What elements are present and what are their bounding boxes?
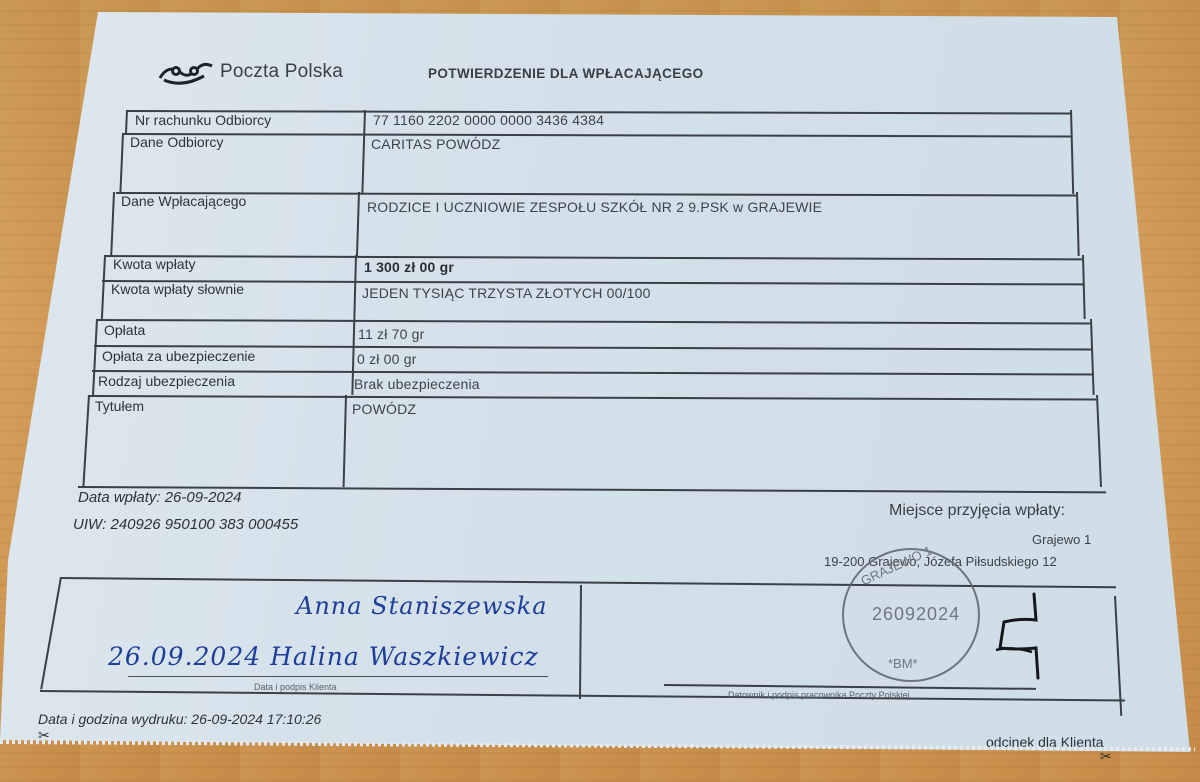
table-row-divider (124, 133, 1072, 137)
table-row-divider (92, 370, 1094, 375)
label-fee: Opłata (104, 322, 145, 338)
acceptance-place-label: Miejsce przyjęcia wpłaty: (889, 502, 1065, 520)
signature-box-right (1114, 596, 1122, 716)
post-horn-icon (158, 58, 214, 86)
table-column-divider (361, 110, 365, 194)
value-amount: 1 300 zł 00 gr (364, 259, 454, 275)
table-border-left (119, 133, 123, 193)
client-signature-line1: Anna Staniszewska (296, 592, 548, 620)
print-datetime: Data i godzina wydruku: 26-09-2024 17:10… (38, 711, 321, 727)
table-border-right (1082, 255, 1085, 319)
table-border-left (92, 319, 97, 395)
stamp-code: *BM* (888, 656, 918, 671)
label-amount-words: Kwota wpłaty słownie (111, 281, 244, 297)
client-signature-caption: Data i podpis Klienta (254, 682, 337, 692)
table-border-right (1096, 395, 1102, 487)
table-column-divider (356, 192, 360, 256)
table-border-right (1070, 110, 1074, 194)
value-payer-data: RODZICE I UCZNIOWIE ZESPOŁU SZKÓŁ NR 2 9… (367, 199, 822, 215)
brand-logo: Poczta Polska (158, 58, 343, 86)
table-row-divider (96, 319, 1090, 324)
uiw-number: UIW: 240926 950100 383 000455 (73, 516, 298, 533)
payment-confirmation-receipt: Poczta Polska POTWIERDZENIE DLA WPŁACAJĄ… (0, 0, 1200, 782)
table-row-divider (104, 255, 1082, 260)
table-row-divider (116, 192, 1076, 196)
table-border-left (101, 255, 106, 319)
table-column-divider (351, 255, 356, 395)
client-signature-line2: 26.09.2024 Halina Waszkiewicz (108, 642, 539, 671)
value-fee: 11 zł 70 gr (358, 326, 425, 342)
label-insurance-type: Rodzaj ubezpieczenia (98, 373, 235, 389)
value-recipient-account: 77 1160 2202 0000 0000 3436 4384 (373, 112, 604, 128)
label-recipient-data: Dane Odbiorcy (130, 134, 223, 150)
post-office-name: Grajewo 1 (1032, 532, 1091, 547)
postal-signature-line (664, 684, 1036, 689)
label-recipient-account: Nr rachunku Odbiorcy (135, 112, 271, 128)
table-border-left (110, 192, 114, 256)
value-recipient-data: CARITAS POWÓDZ (371, 136, 500, 152)
label-amount: Kwota wpłaty (113, 256, 195, 272)
payment-date: Data wpłaty: 26-09-2024 (78, 489, 241, 506)
postal-worker-signature (990, 590, 1046, 682)
table-border-right (1076, 192, 1079, 256)
brand-name: Poczta Polska (220, 61, 343, 83)
value-insurance-fee: 0 zł 00 gr (357, 351, 417, 367)
client-signature-underline (128, 676, 548, 677)
label-insurance-fee: Opłata za ubezpieczenie (102, 348, 255, 364)
value-insurance-type: Brak ubezpieczenia (354, 376, 480, 392)
stamp-date: 26092024 (872, 604, 960, 625)
signature-box-left (40, 577, 61, 690)
signature-box-divider (579, 585, 581, 699)
value-title: POWÓDZ (352, 401, 416, 417)
table-column-divider (343, 395, 347, 487)
table-border-right (1090, 319, 1094, 395)
label-title: Tytułem (95, 398, 144, 414)
signature-box-bottom (40, 690, 1125, 701)
label-payer-data: Dane Wpłacającego (121, 193, 246, 209)
document-title: POTWIERDZENIE DLA WPŁACAJĄCEGO (428, 66, 704, 81)
postal-signature-caption: Datownik i podpis pracownika Poczty Pols… (728, 690, 910, 700)
table-row-divider (88, 395, 1096, 400)
table-border-left (82, 395, 89, 487)
table-border-left (125, 110, 128, 134)
value-amount-words: JEDEN TYSIĄC TRZYSTA ZŁOTYCH 00/100 (362, 285, 651, 301)
